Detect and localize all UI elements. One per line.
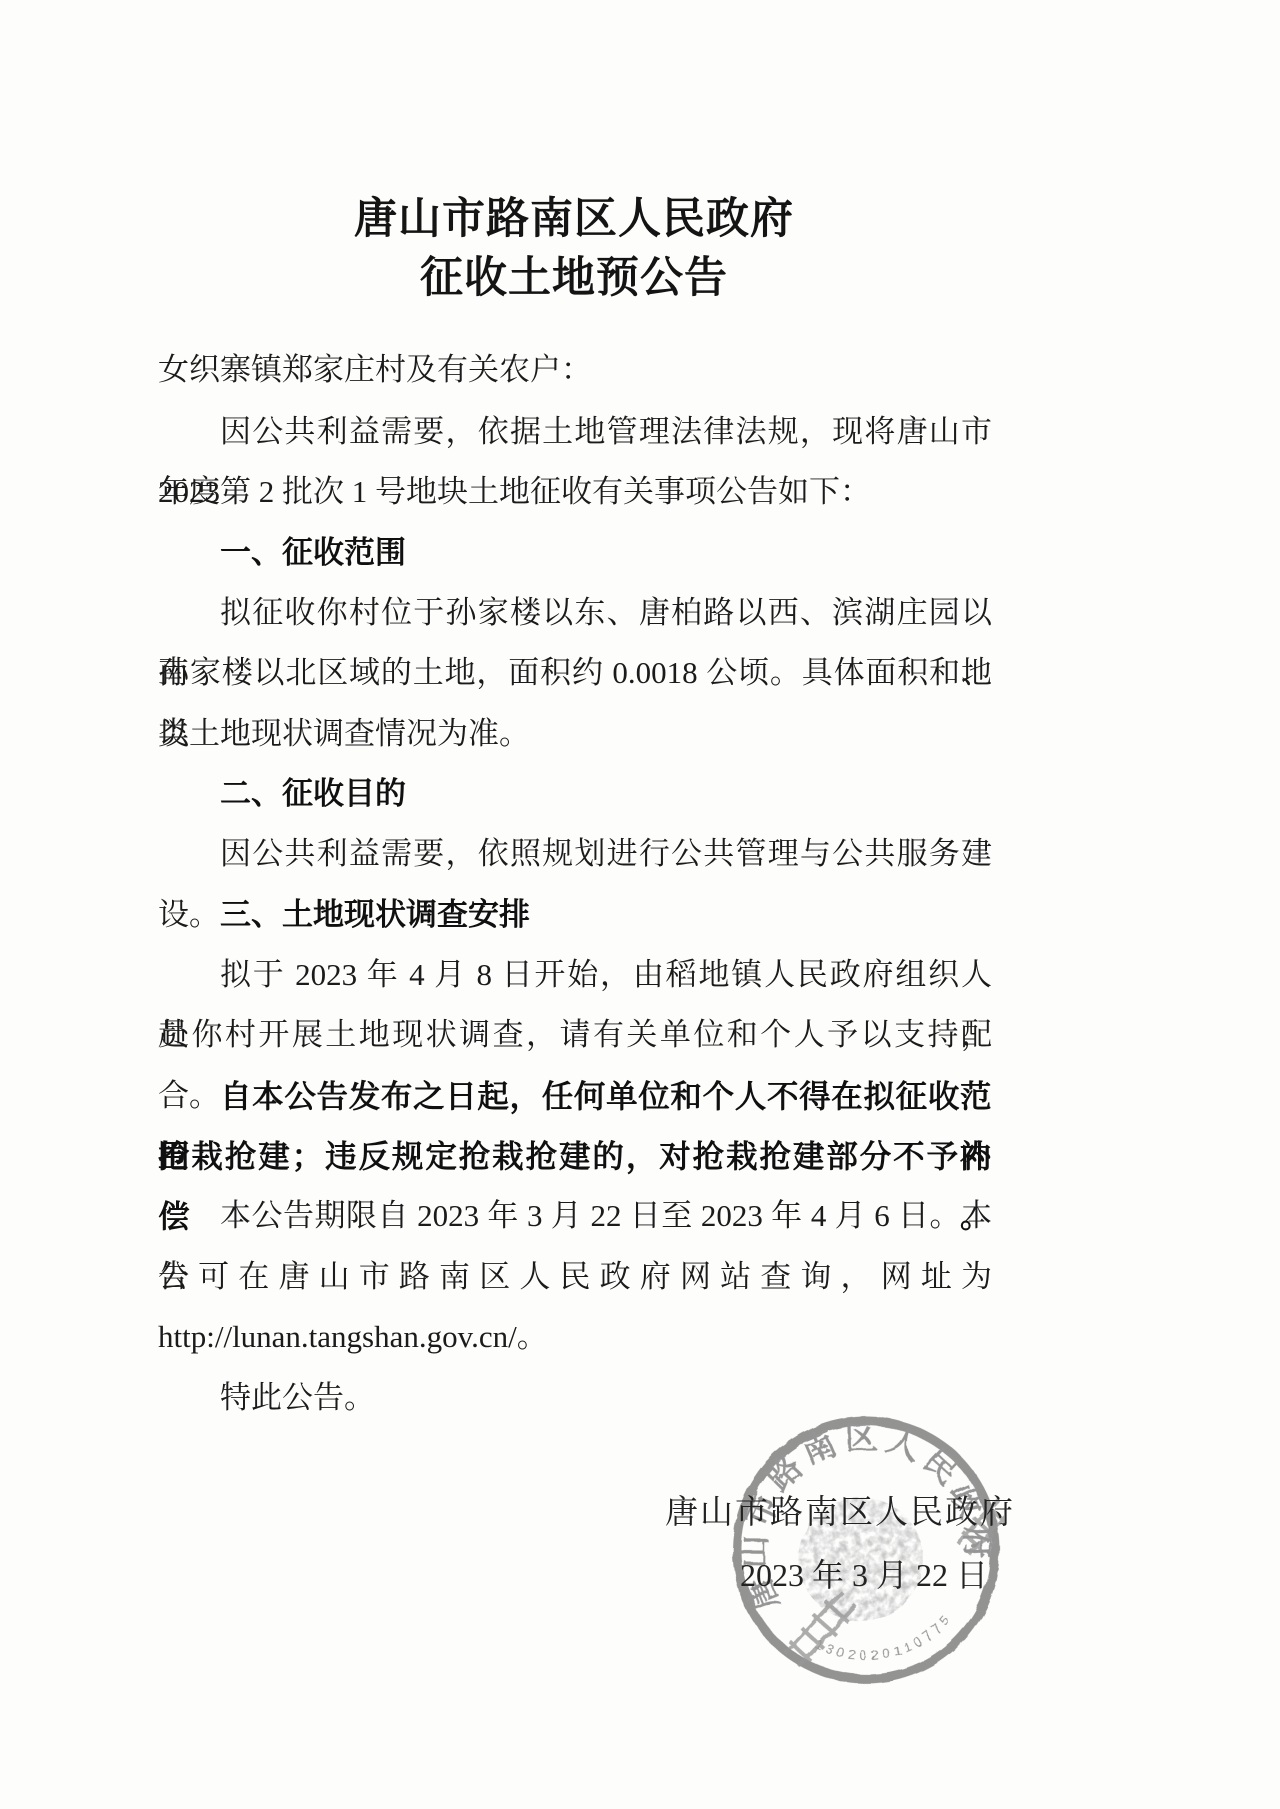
document-line: 因公共利益需要，依照规划进行公共管理与公共服务建设。 bbox=[158, 824, 992, 884]
document-title: 唐山市路南区人民政府 征收土地预公告 bbox=[224, 190, 924, 308]
title-line-1: 唐山市路南区人民政府 bbox=[224, 190, 924, 249]
document-line: 抢栽抢建；违反规定抢栽抢建的，对抢栽抢建部分不予补偿。 bbox=[158, 1126, 992, 1186]
issue-date: 2023 年 3 月 22 日 bbox=[654, 1550, 1074, 1600]
section-heading: 一、征收范围 bbox=[158, 523, 992, 583]
document-line: 因公共利益需要，依据土地管理法律法规，现将唐山市 2023 bbox=[158, 402, 992, 462]
document-body: 因公共利益需要，依据土地管理法律法规，现将唐山市 2023年度第 2 批次 1 … bbox=[158, 402, 992, 1428]
seal-code: 1302020110775 bbox=[810, 1607, 961, 1675]
document-line: 本公告期限自 2023 年 3 月 22 日至 2023 年 4 月 6 日。本… bbox=[158, 1186, 992, 1246]
document-line: 拟于 2023 年 4 月 8 日开始，由稻地镇人民政府组织人员， bbox=[158, 945, 992, 1005]
section-heading: 二、征收目的 bbox=[158, 764, 992, 824]
document-line: 自本公告发布之日起，任何单位和个人不得在拟征收范围内 bbox=[158, 1066, 992, 1126]
document-line: 赴你村开展土地现状调查，请有关单位和个人予以支持配合。 bbox=[158, 1005, 992, 1065]
document-line: 孙家楼以北区域的土地，面积约 0.0018 公顷。具体面积和地类 bbox=[158, 643, 992, 703]
salutation-line: 女织寨镇郑家庄村及有关农户： bbox=[158, 340, 992, 400]
section-heading: 三、土地现状调查安排 bbox=[158, 885, 992, 945]
document-line: 告可在唐山市路南区人民政府网站查询，网址为 bbox=[158, 1247, 992, 1307]
scanned-document-page: 唐山市路南区人民政府 征收土地预公告 女织寨镇郑家庄村及有关农户： 因公共利益需… bbox=[0, 0, 1280, 1809]
document-line: 年度第 2 批次 1 号地块土地征收有关事项公告如下： bbox=[158, 462, 992, 522]
document-line: 拟征收你村位于孙家楼以东、唐柏路以西、滨湖庄园以南、 bbox=[158, 583, 992, 643]
issuer-signature: 唐山市路南区人民政府 bbox=[630, 1488, 1050, 1538]
document-line: 以土地现状调查情况为准。 bbox=[158, 704, 992, 764]
title-line-2: 征收土地预公告 bbox=[224, 249, 924, 308]
document-line: http://lunan.tangshan.gov.cn/。 bbox=[158, 1307, 992, 1367]
